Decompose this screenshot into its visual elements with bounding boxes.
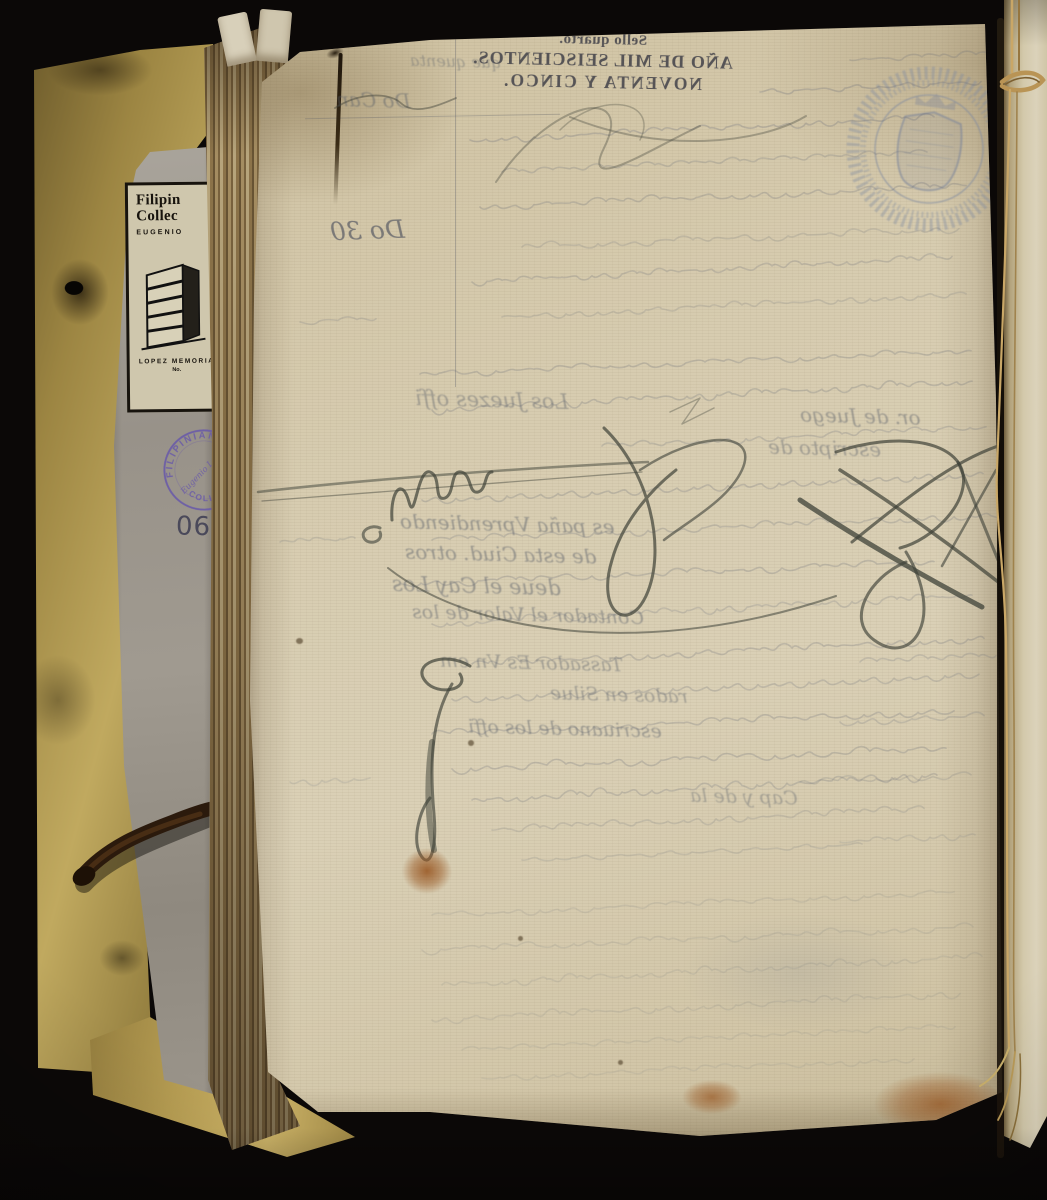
rust-stain (402, 848, 452, 894)
rust-stain (874, 1072, 1006, 1136)
facing-leaf (1004, 0, 1047, 1152)
ghost-script-line (432, 381, 972, 415)
ghost-script-line (502, 150, 927, 173)
ghost-script-line (522, 843, 862, 861)
ghost-script-line (422, 923, 973, 955)
building-icon (136, 241, 209, 354)
ghost-script-line (432, 993, 960, 1024)
ghost-script-line (470, 114, 934, 142)
ghost-script-line (442, 953, 982, 986)
ghost-script-line (472, 774, 937, 802)
ghost-script-line (290, 778, 370, 786)
ink-spot (468, 740, 474, 746)
ghost-script-line (432, 513, 1006, 540)
manuscript-page: Sello quarto. AÑO DE MIL SEISCIENTOS. NO… (240, 22, 1006, 1144)
ghost-script-line (402, 561, 934, 587)
ghost-script-line (432, 891, 954, 916)
ghost-script-line (300, 317, 376, 324)
ink-spot (618, 1060, 623, 1065)
ghost-script-line (280, 537, 355, 542)
ghost-script-line (502, 292, 966, 318)
handwriting-layer (240, 22, 1006, 1144)
ghost-script-line (462, 1025, 955, 1050)
ghost-script-line (482, 1059, 914, 1080)
bookplate-number-label: No. (130, 367, 224, 374)
ghost-script-line (420, 350, 971, 376)
ink-spot (296, 638, 303, 644)
bookplate-caption: LOPEZ MEMORIA (130, 358, 224, 366)
ghost-script-line (840, 834, 975, 843)
ink-spot (518, 936, 523, 941)
ghost-script-line (452, 747, 946, 775)
ghost-script-line (850, 51, 994, 60)
rust-stain (682, 1080, 742, 1114)
ghost-script-line (840, 712, 984, 725)
manuscript-photo: Filipin Collec EUGENIO LOPEZ MEMORIA No.… (0, 0, 1047, 1200)
ghost-script-line (472, 254, 952, 286)
page-seam (997, 18, 1004, 1158)
ghost-script-line (522, 228, 959, 248)
ghost-script-line (492, 806, 924, 831)
ghost-script-line (860, 653, 996, 662)
ghost-script-line (480, 183, 966, 209)
ghost-script-line (422, 472, 983, 503)
ghost-script-line (432, 710, 954, 734)
ghost-script-line (760, 82, 981, 94)
paper-tab (256, 9, 292, 64)
ghost-script-line (452, 674, 979, 703)
